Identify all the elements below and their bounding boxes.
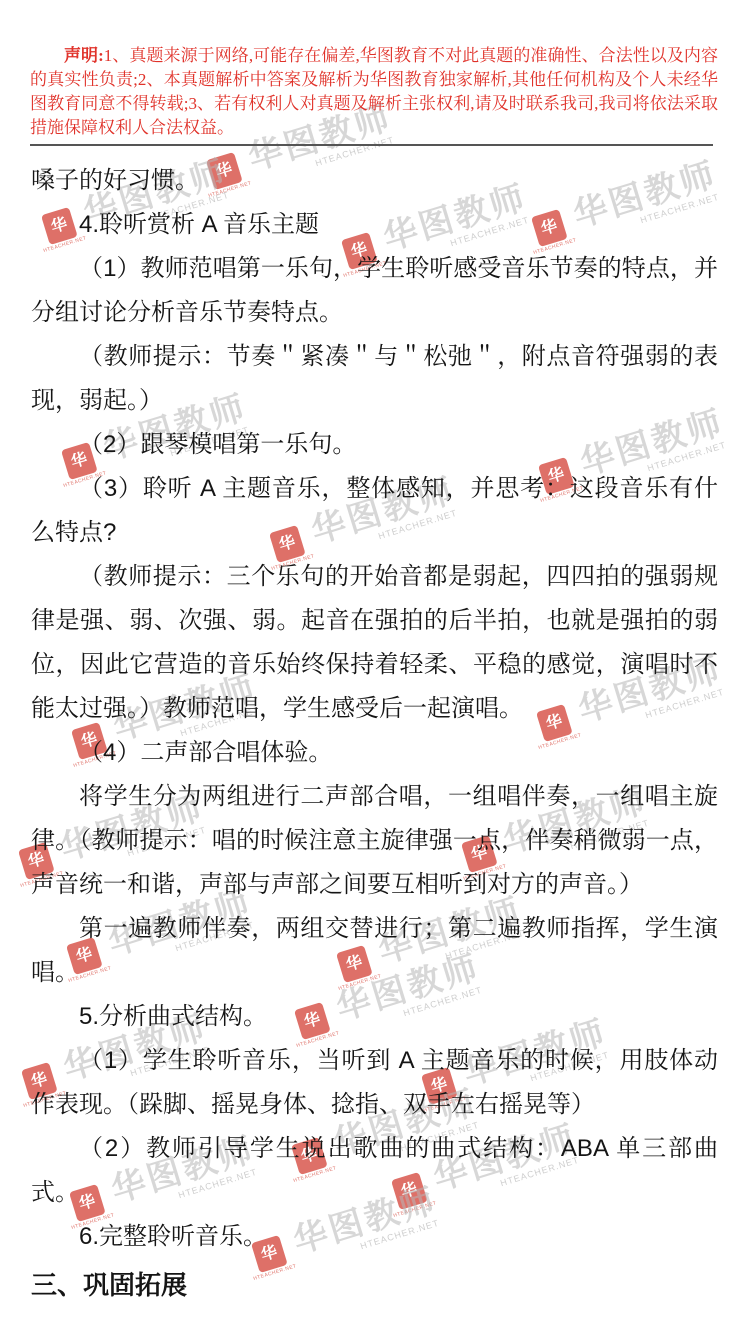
paragraph: （2）跟琴模唱第一乐句。 xyxy=(31,423,718,467)
teacher-hint: （教师提示：三个乐句的开始音都是弱起，四四拍的强弱规律是强、弱、次强、弱。起音在… xyxy=(31,555,718,731)
step-heading-full-listen: 6.完整聆听音乐。 xyxy=(31,1215,718,1259)
paragraph: 第一遍教师伴奏，两组交替进行；第二遍教师指挥，学生演唱。 xyxy=(31,907,718,995)
paragraph: （3）聆听 A 主题音乐，整体感知，并思考：这段音乐有什么特点? xyxy=(31,467,718,555)
paragraph: 嗓子的好习惯。 xyxy=(31,159,718,203)
paragraph: （1）学生聆听音乐，当听到 A 主题音乐的时候，用肢体动作表现。（跺脚、摇晃身体… xyxy=(31,1039,718,1127)
document-body: 嗓子的好习惯。 4.聆听赏析 A 音乐主题 （1）教师范唱第一乐句，学生聆听感受… xyxy=(31,159,718,1307)
disclaimer: 声明:1、真题来源于网络,可能存在偏差,华图教育不对此真题的准确性、合法性以及内… xyxy=(30,44,718,140)
section-heading-consolidate-expand: 三、巩固拓展 xyxy=(31,1263,718,1307)
paragraph: 将学生分为两组进行二声部合唱，一组唱伴奏，一组唱主旋律。（教师提示：唱的时候注意… xyxy=(31,775,718,907)
paragraph: （4）二声部合唱体验。 xyxy=(31,731,718,775)
teacher-hint: （教师提示：节奏＂紧凑＂与＂松弛＂，附点音符强弱的表现，弱起。） xyxy=(31,335,718,423)
paragraph: （2）教师引导学生说出歌曲的曲式结构：ABA 单三部曲式。 xyxy=(31,1127,718,1215)
step-heading-listen-appreciate: 4.聆听赏析 A 音乐主题 xyxy=(31,203,718,247)
paragraph: （1）教师范唱第一乐句，学生聆听感受音乐节奏的特点，并分组讨论分析音乐节奏特点。 xyxy=(31,247,718,335)
step-heading-analyze-structure: 5.分析曲式结构。 xyxy=(31,995,718,1039)
disclaimer-text: 1、真题来源于网络,可能存在偏差,华图教育不对此真题的准确性、合法性以及内容的真… xyxy=(30,46,718,137)
divider xyxy=(30,144,713,146)
page: { "disclaimer": { "label": "声明:", "text"… xyxy=(0,0,748,1335)
document-page: 声明:1、真题来源于网络,可能存在偏差,华图教育不对此真题的准确性、合法性以及内… xyxy=(0,44,748,1307)
disclaimer-label: 声明: xyxy=(64,46,104,65)
